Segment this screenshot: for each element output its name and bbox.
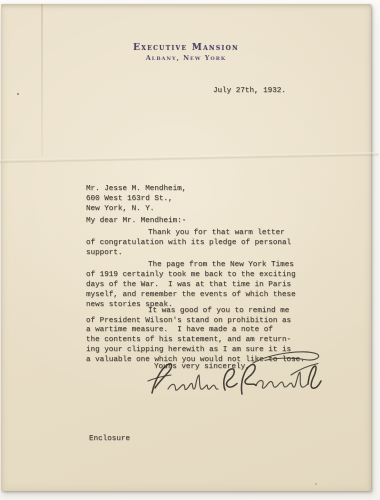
typed-line: It was good of you to remind me (86, 307, 305, 317)
typed-line: of congratulation with its pledge of per… (86, 238, 291, 248)
address-line: 600 West 163rd St., (86, 194, 186, 204)
paper-speck (17, 93, 19, 95)
typed-line: of President Wilson's stand on prohibiti… (86, 317, 305, 327)
typed-line: a wartime measure. I have made a note of (86, 326, 305, 336)
letterhead: Executive Mansion Albany, New York (1, 43, 371, 62)
letterhead-title: Executive Mansion (1, 43, 371, 53)
recipient-address: Mr. Jesse M. Mendheim, 600 West 163rd St… (86, 184, 186, 214)
address-line: New York, N. Y. (86, 204, 186, 214)
body-paragraph-1: Thank you for that warm letter of congra… (86, 228, 291, 258)
vertical-crease (41, 4, 43, 156)
signature-franklin-d-roosevelt: Franklin D. Roosevelt (140, 345, 330, 407)
typed-line: days of the War. I was at that time in P… (86, 280, 296, 290)
paper-speck (315, 483, 317, 485)
fold-crease (0, 152, 378, 163)
date-line: July 27th, 1932. (213, 86, 286, 96)
body-paragraph-2: The page from the New York Times of 1919… (86, 260, 296, 310)
typed-line: Thank you for that warm letter (86, 228, 291, 238)
typed-line: The page from the New York Times (86, 260, 296, 270)
typed-line: of 1919 certainly took me back to the ex… (86, 270, 296, 280)
enclosure-note: Enclosure (89, 434, 130, 444)
photo-background: Executive Mansion Albany, New York July … (0, 0, 380, 500)
salutation: My dear Mr. Mendheim:- (86, 216, 186, 226)
letter-paper: Executive Mansion Albany, New York July … (1, 4, 371, 491)
letterhead-subtitle: Albany, New York (1, 54, 371, 62)
typed-line: myself, and remember the events of which… (86, 290, 296, 300)
typed-line: support. (86, 248, 291, 258)
address-line: Mr. Jesse M. Mendheim, (86, 184, 186, 194)
